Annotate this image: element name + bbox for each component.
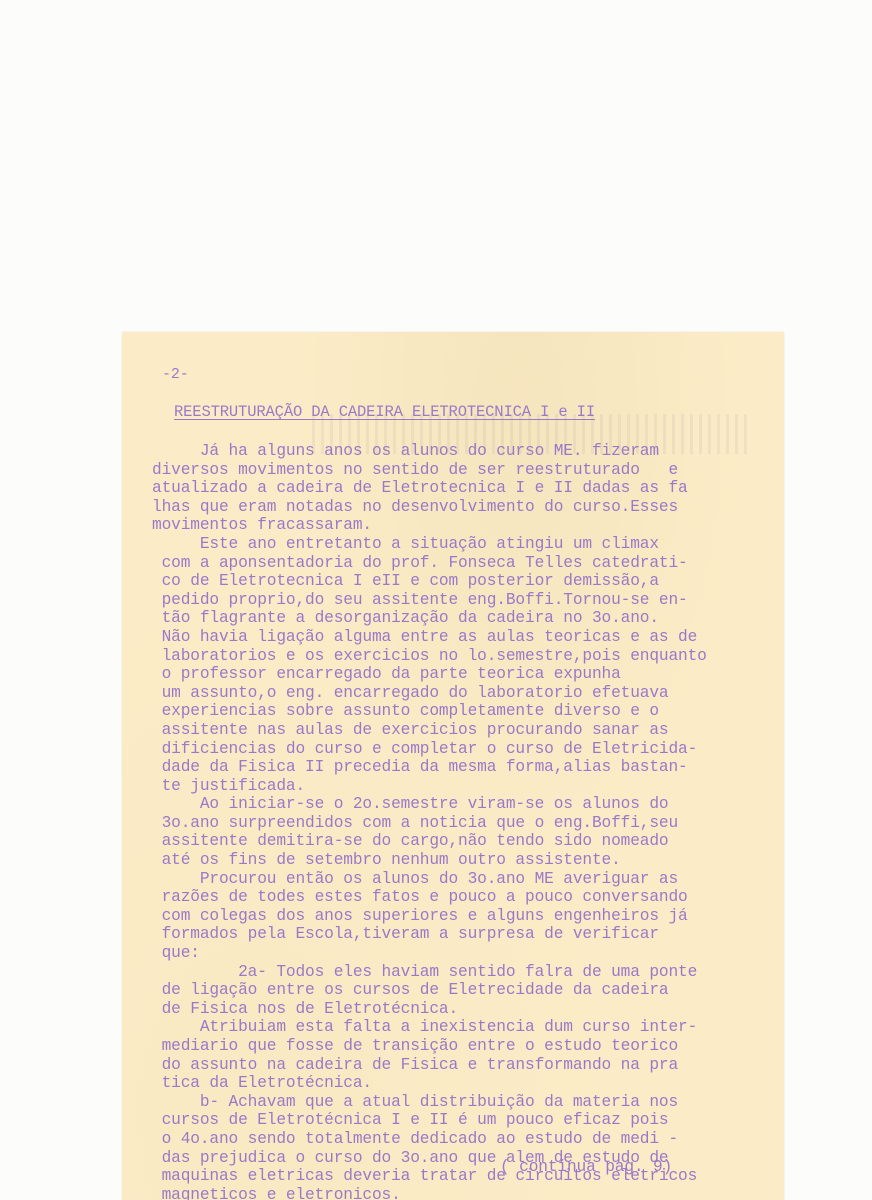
continuation-note: ( continua pag. 9) (500, 1158, 672, 1177)
text-line: com colegas dos anos superiores e alguns… (152, 907, 707, 926)
text-line: Não havia ligação alguma entre as aulas … (152, 628, 707, 647)
text-line: laboratorios e os exercicios no lo.semes… (152, 647, 707, 666)
text-line: Ao iniciar-se o 2o.semestre viram-se os … (152, 795, 707, 814)
text-line: movimentos fracassaram. (152, 516, 707, 535)
scanned-document: -2- REESTRUTURAÇÃO DA CADEIRA ELETROTECN… (0, 0, 872, 1200)
text-line: assitente nas aulas de exercicios procur… (152, 721, 707, 740)
text-line: um assunto,o eng. encarregado do laborat… (152, 684, 707, 703)
text-line: te justificada. (152, 777, 707, 796)
text-line: 3o.ano surpreendidos com a noticia que o… (152, 814, 707, 833)
typed-page: -2- REESTRUTURAÇÃO DA CADEIRA ELETROTECN… (122, 332, 784, 1200)
text-line: tão flagrante a desorganização da cadeir… (152, 609, 707, 628)
text-line: cursos de Eletrotécnica I e II é um pouc… (152, 1111, 707, 1130)
text-line: Procurou então os alunos do 3o.ano ME av… (152, 870, 707, 889)
text-line: que: (152, 944, 707, 963)
text-line: 2a- Todos eles haviam sentido falra de u… (152, 963, 707, 982)
text-line: o 4o.ano sendo totalmente dedicado ao es… (152, 1130, 707, 1149)
text-line: até os fins de setembro nenhum outro ass… (152, 851, 707, 870)
text-line: com a aponsentadoria do prof. Fonseca Te… (152, 554, 707, 573)
text-line: diversos movimentos no sentido de ser re… (152, 461, 707, 480)
text-line: experiencias sobre assunto completamente… (152, 702, 707, 721)
text-line: dade da Fisica II precedia da mesma form… (152, 758, 707, 777)
text-line: atualizado a cadeira de Eletrotecnica I … (152, 479, 707, 498)
text-line: razões de todes estes fatos e pouco a po… (152, 888, 707, 907)
document-title: REESTRUTURAÇÃO DA CADEIRA ELETROTECNICA … (174, 403, 595, 422)
text-line: Este ano entretanto a situação atingiu u… (152, 535, 707, 554)
text-line: b- Achavam que a atual distribuição da m… (152, 1093, 707, 1112)
text-line: formados pela Escola,tiveram a surpresa … (152, 925, 707, 944)
text-line: mediario que fosse de transição entre o … (152, 1037, 707, 1056)
text-line: Atribuiam esta falta a inexistencia dum … (152, 1018, 707, 1037)
text-line: pedido proprio,do seu assitente eng.Boff… (152, 591, 707, 610)
text-line: dificiencias do curso e completar o curs… (152, 740, 707, 759)
text-line: de Fisica nos de Eletrotécnica. (152, 1000, 707, 1019)
page-number: -2- (162, 366, 189, 385)
text-line: do assunto na cadeira de Fisica e transf… (152, 1056, 707, 1075)
text-line: magneticos e eletronicos. (152, 1186, 707, 1200)
text-line: Já ha alguns anos os alunos do curso ME.… (152, 442, 707, 461)
text-line: de ligação entre os cursos de Eletrecida… (152, 981, 707, 1000)
text-line: co de Eletrotecnica I eII e com posterio… (152, 572, 707, 591)
text-line: o professor encarregado da parte teorica… (152, 665, 707, 684)
body-text: Já ha alguns anos os alunos do curso ME.… (152, 442, 707, 1200)
text-line: lhas que eram notadas no desenvolvimento… (152, 498, 707, 517)
text-line: assitente demitira-se do cargo,não tendo… (152, 832, 707, 851)
text-line: tica da Eletrotécnica. (152, 1074, 707, 1093)
